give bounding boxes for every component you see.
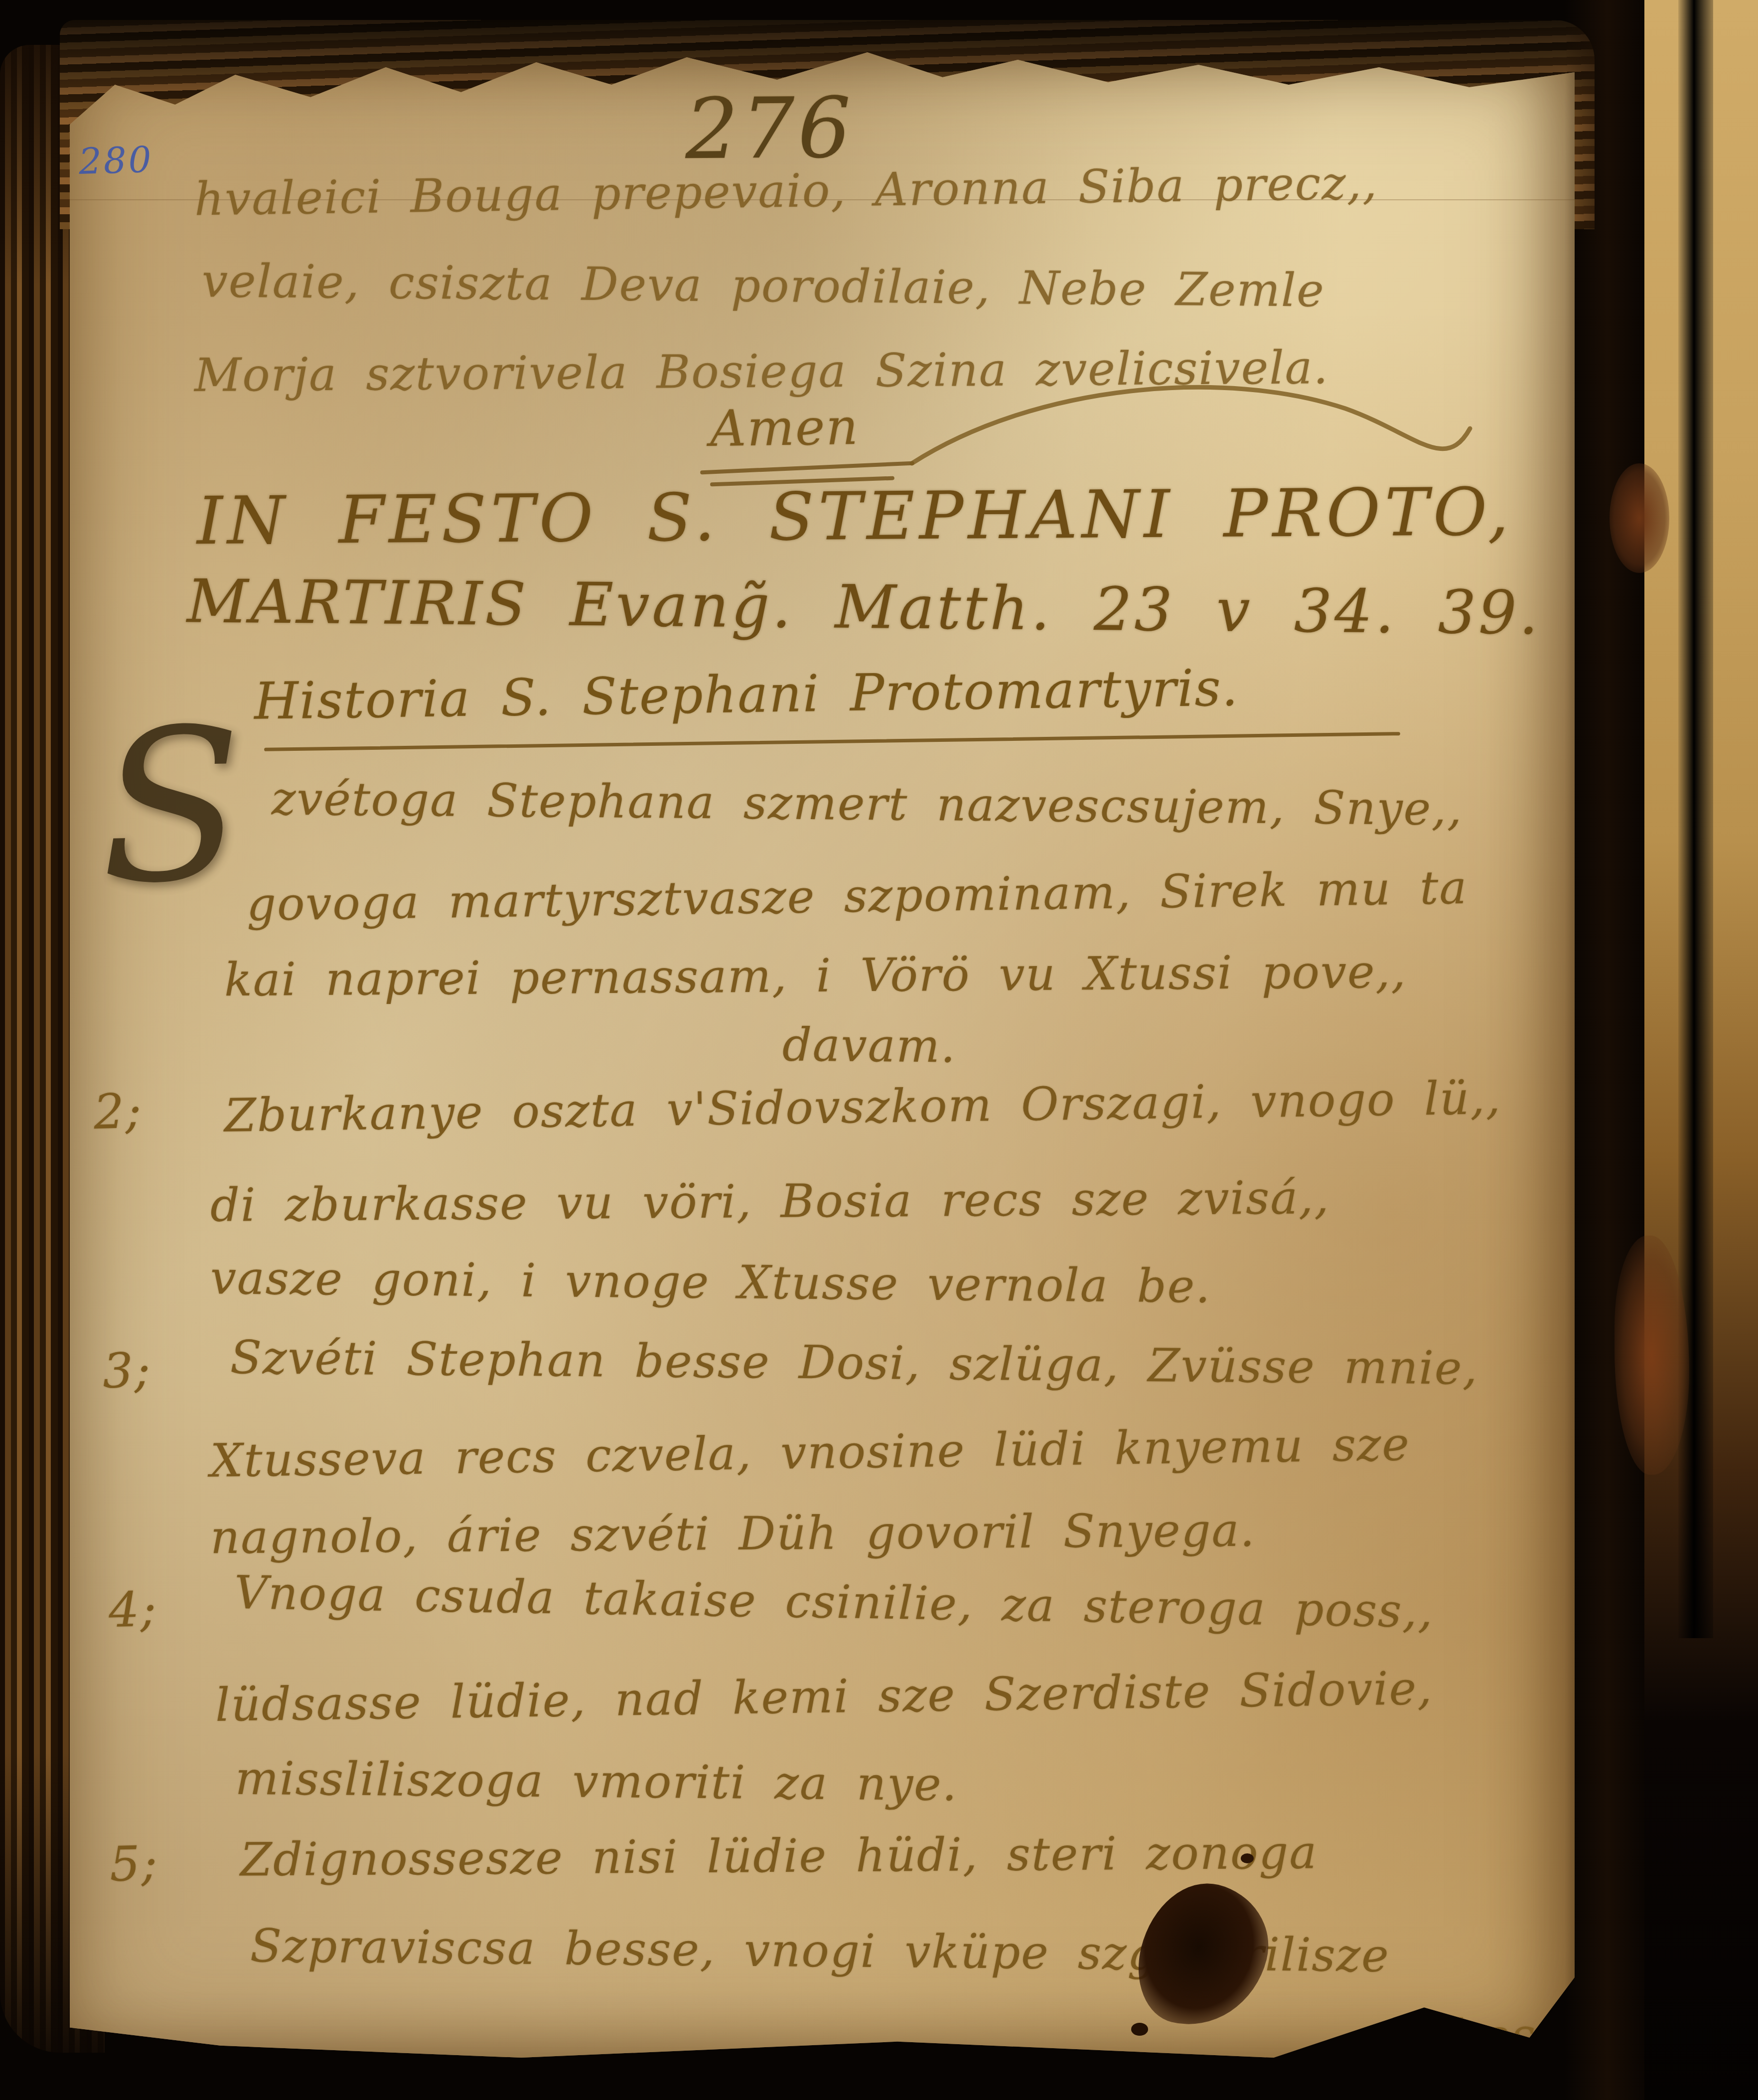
ink-blot-splatter-2 (1241, 1853, 1254, 1863)
paragraph-3-line-1: Szvéti Stephan besse Dosi, szlüga, Zvüss… (230, 1331, 1479, 1395)
blue-folio-number: 280 (78, 139, 154, 182)
gutter-stain-upper (1610, 463, 1669, 573)
paragraph-5-line-1: Zdignossesze nisi lüdie hüdi, steri zono… (240, 1825, 1318, 1886)
feast-title-line-2: MARTIRIS Evang̃. Matth. 23 v 34. 39. (186, 567, 1541, 648)
paragraph-4-line-2: lüdsasse lüdie, nad kemi sze Szerdiste S… (215, 1662, 1433, 1732)
manuscript-photo: 280 276 hvaleici Bouga prepevaio, Aronna… (0, 0, 1758, 2100)
paragraph-number-2: 2; (93, 1083, 143, 1140)
paragraph-number-5: 5; (109, 1835, 159, 1893)
paragraph-number-4: 4; (108, 1581, 158, 1639)
drop-cap-initial: S (97, 710, 247, 904)
paragraph-1-line-1: zvétoga Stephana szmert nazvescsujem, Sn… (272, 772, 1463, 836)
amen-underline-1 (700, 461, 914, 475)
paragraph-2-line-1: Zburkanye oszta v'Sidovszkom Orszagi, vn… (224, 1071, 1501, 1142)
paragraph-4-line-3: missliliszoga vmoriti za nye. (235, 1752, 958, 1812)
paragraph-2-line-2: di zburkasse vu vöri, Bosia recs sze zvi… (210, 1171, 1330, 1232)
paragraph-4-line-1: Vnoga csuda takaise csinilie, za steroga… (234, 1566, 1434, 1638)
paragraph-1-line-4: davam. (782, 1018, 957, 1073)
paragraph-2-line-3: vasze goni, i vnoge Xtusse vernola be. (210, 1251, 1211, 1313)
historia-subtitle: Historia S. Stephani Protomartyris. (254, 658, 1239, 731)
opening-line-2: velaie, csiszta Deva porodilaie, Nebe Ze… (202, 254, 1325, 317)
page-number: 276 (685, 79, 854, 178)
ink-blot-splatter-1 (1131, 2023, 1148, 2036)
paragraph-1-line-2: govoga martyrsztvasze szpominam, Sirek m… (246, 861, 1468, 931)
paragraph-1-line-3: kai naprei pernassam, i Vörö vu Xtussi p… (224, 945, 1407, 1007)
opening-line-1: hvaleici Bouga prepevaio, Aronna Siba pr… (194, 156, 1378, 226)
amen-word: Amen (710, 398, 859, 458)
manuscript-page: 280 276 hvaleici Bouga prepevaio, Aronna… (70, 50, 1575, 2058)
feast-title-line-1: IN FESTO S. STEPHANI PROTO, (196, 474, 1513, 560)
historia-underline (264, 732, 1400, 751)
paragraph-3-line-2: Xtusseva recs czvela, vnosine lüdi knyem… (210, 1417, 1410, 1488)
paragraph-3-line-3: nagnolo, árie szvéti Düh govoril Snyega. (210, 1504, 1256, 1564)
ink-blot (1126, 1870, 1282, 2041)
paragraph-number-3: 3; (102, 1342, 152, 1400)
